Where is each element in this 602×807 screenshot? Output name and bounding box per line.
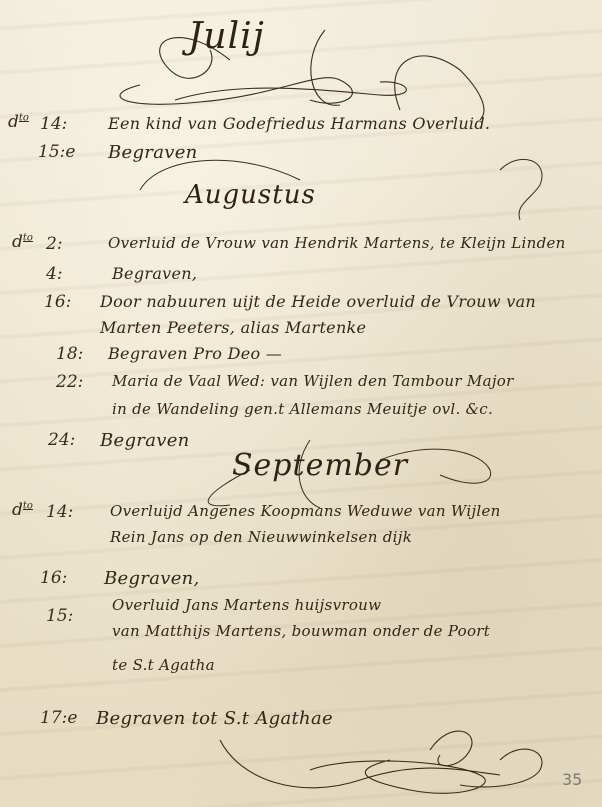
entry-text: Door nabuuren uijt de Heide overluid de … (100, 292, 536, 311)
entry-text: Begraven (108, 142, 198, 163)
entry-day: 16: (44, 292, 71, 312)
entry-text: Marten Peeters, alias Martenke (100, 318, 366, 337)
entry-text: Maria de Vaal Wed: van Wijlen den Tambou… (112, 372, 514, 390)
entry-text: Begraven, (104, 568, 200, 589)
entry-text: Overluid Jans Martens huijsvrouw (112, 596, 381, 614)
entry-day: 15:e (38, 142, 75, 162)
entry-september-15: 15: Overluid Jans Martens huijsvrouw van… (0, 604, 602, 628)
entry-september-17: 17:e Begraven tot S.t Agathae (0, 706, 602, 730)
entry-text: Een kind van Godefriedus Harmans Overlui… (108, 114, 490, 133)
entry-text: Begraven (100, 430, 190, 451)
month-heading-august: Augustus (185, 180, 316, 210)
entry-text: Overluijd Angenes Koopmans Weduwe van Wi… (110, 502, 501, 520)
entry-day: 15: (46, 606, 73, 626)
entry-day: 24: (48, 430, 75, 450)
entry-day: 22: (56, 372, 83, 392)
ditto-mark: dto (8, 112, 29, 132)
page-number: 35 (562, 770, 582, 789)
entry-text: van Matthijs Martens, bouwman onder de P… (112, 622, 490, 640)
entry-text: te S.t Agatha (112, 656, 215, 674)
month-heading-july: Julij (188, 16, 265, 57)
entry-august-4: 4: Begraven, (0, 262, 602, 286)
entry-july-15: 15:e Begraven (0, 140, 602, 164)
entry-day: 18: (56, 344, 83, 364)
entry-august-22: 22: Maria de Vaal Wed: van Wijlen den Ta… (0, 370, 602, 394)
entry-day: 14: (40, 114, 67, 134)
month-heading-september: September (232, 448, 408, 483)
entry-text: Rein Jans op den Nieuwwinkelsen dijk (110, 528, 412, 546)
entry-day: 17:e (40, 708, 77, 728)
entry-day: 2: (46, 234, 63, 254)
entry-september-14: dto 14: Overluijd Angenes Koopmans Weduw… (0, 500, 602, 524)
ditto-mark: dto (12, 232, 33, 252)
entry-text: Overluid de Vrouw van Hendrik Martens, t… (108, 234, 566, 252)
entry-text: Begraven Pro Deo — (108, 344, 282, 363)
entry-august-16: 16: Door nabuuren uijt de Heide overluid… (0, 290, 602, 314)
entry-day: 14: (46, 502, 73, 522)
july-flourish-icon (80, 0, 500, 120)
entry-august-2: dto 2: Overluid de Vrouw van Hendrik Mar… (0, 232, 602, 256)
entry-text: Begraven, (112, 264, 197, 283)
entry-july-14: dto 14: Een kind van Godefriedus Harmans… (0, 112, 602, 136)
manuscript-page: Julij dto 14: Een kind van Godefriedus H… (0, 0, 602, 807)
entry-day: 16: (40, 568, 67, 588)
entry-text: in de Wandeling gen.t Allemans Meuitje o… (112, 400, 493, 418)
entry-september-16: 16: Begraven, (0, 566, 602, 590)
entry-august-18: 18: Begraven Pro Deo — (0, 344, 602, 368)
entry-day: 4: (46, 264, 63, 284)
ditto-mark: dto (12, 500, 33, 520)
entry-text: Begraven tot S.t Agathae (96, 708, 333, 729)
